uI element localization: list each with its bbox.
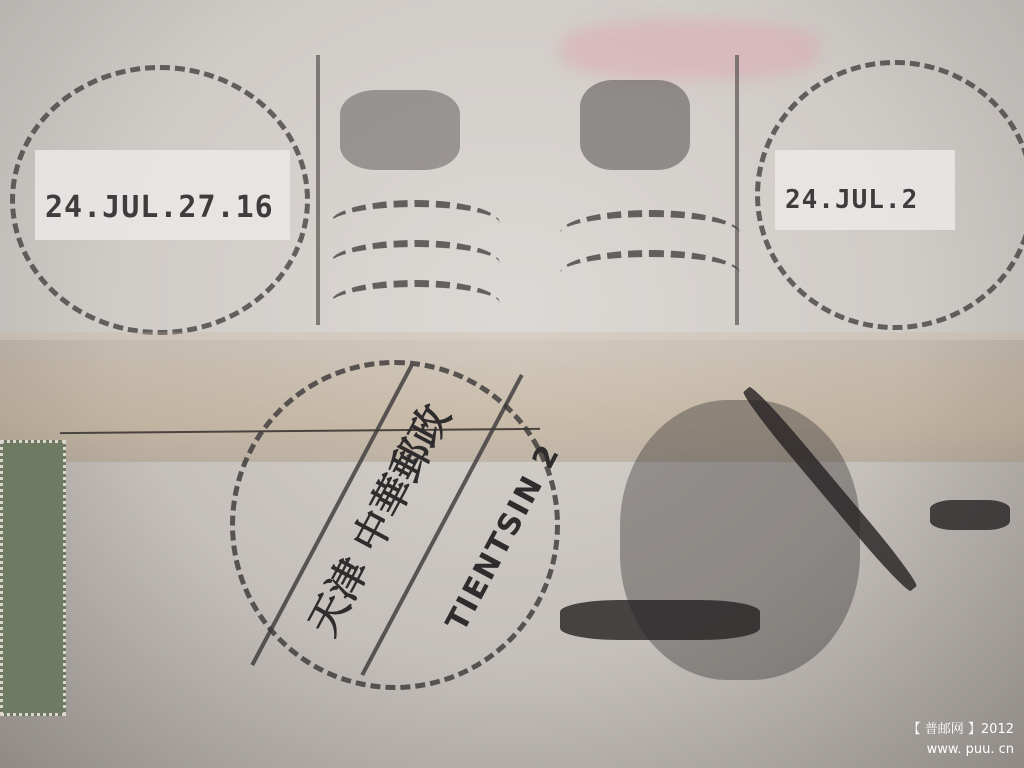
ink-smudge: [340, 90, 460, 170]
ink-stroke: [560, 600, 760, 640]
watermark-line-1: 【 普邮网 】2012: [908, 720, 1014, 740]
postage-stamp-edge: [0, 440, 66, 716]
cancel-wave: [330, 280, 500, 327]
pink-stain: [560, 20, 820, 80]
watermark-line-2: www. puu. cn: [908, 740, 1014, 760]
cancel-wave: [560, 250, 740, 297]
postmark-date-left: 24.JUL.27.16: [45, 190, 274, 225]
divider-line: [316, 55, 320, 325]
ink-stroke: [930, 500, 1010, 530]
watermark: 【 普邮网 】2012 www. puu. cn: [908, 720, 1014, 760]
ink-smudge: [580, 80, 690, 170]
postmark-date-right: 24.JUL.2: [785, 185, 918, 215]
